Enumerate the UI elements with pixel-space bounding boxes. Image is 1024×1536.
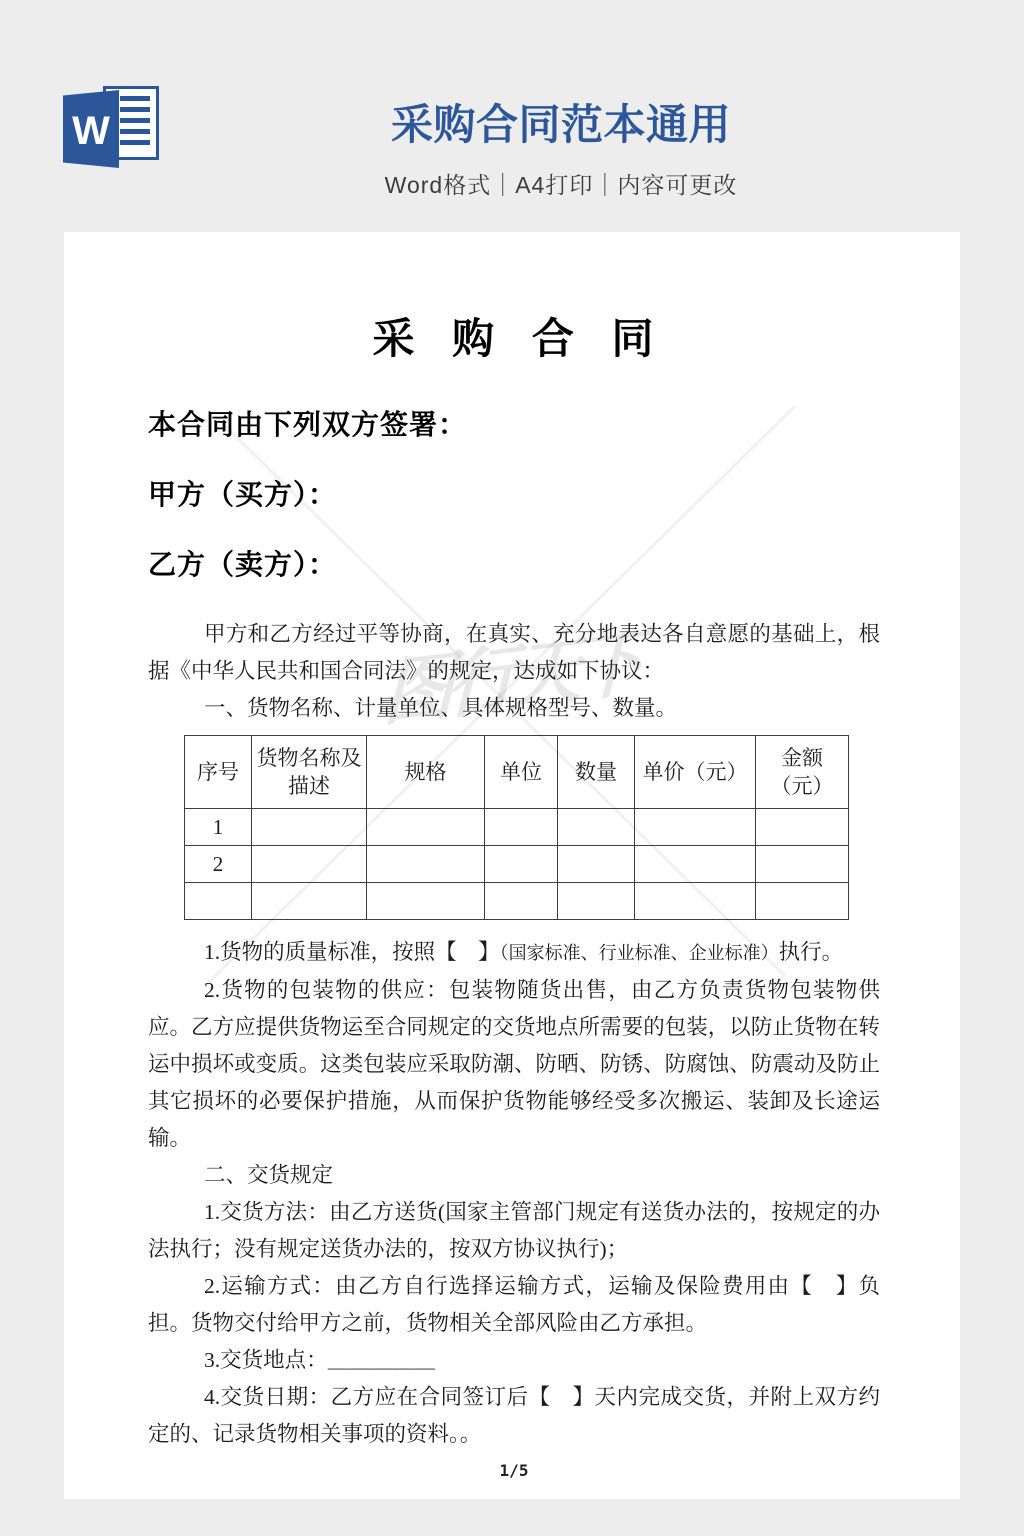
cell bbox=[185, 883, 252, 920]
cell bbox=[367, 883, 485, 920]
cell bbox=[635, 846, 756, 883]
col-amount: 金额（元） bbox=[756, 736, 849, 809]
cell bbox=[252, 846, 367, 883]
col-serial-number: 序号 bbox=[185, 736, 252, 809]
cell: 1 bbox=[185, 809, 252, 846]
quality-clause: 1.货物的质量标准，按照【 】（国家标准、行业标准、企业标准）执行。 bbox=[148, 934, 880, 972]
packaging-clause: 2.货物的包装物的供应：包装物随货出售，由乙方负责货物包装物供应。乙方应提供货物… bbox=[148, 972, 880, 1157]
section-2-heading: 二、交货规定 bbox=[148, 1157, 880, 1194]
parties-heading: 本合同由下列双方签署： bbox=[148, 406, 880, 444]
party-a-line: 甲方（买方）： bbox=[148, 476, 880, 514]
cell bbox=[558, 809, 635, 846]
cell bbox=[635, 883, 756, 920]
template-subtitle: Word格式｜A4打印｜内容可更改 bbox=[385, 167, 738, 200]
cell bbox=[367, 846, 485, 883]
document-page: 图行天下 采 购 合 同 本合同由下列双方签署： 甲方（买方）： 乙方（卖方）：… bbox=[64, 232, 960, 1499]
table-row: 1 bbox=[185, 809, 849, 846]
page-number: 1/5 bbox=[148, 1461, 880, 1480]
template-title: 采购合同范本通用 bbox=[385, 92, 738, 152]
cell bbox=[485, 846, 558, 883]
col-goods-name: 货物名称及描述 bbox=[252, 736, 367, 809]
delivery-location-clause: 3.交货地点：＿＿＿＿＿ bbox=[148, 1342, 880, 1379]
preamble-paragraph: 甲方和乙方经过平等协商，在真实、充分地表达各自意愿的基础上，根据《中华人民共和国… bbox=[148, 616, 880, 690]
cell bbox=[756, 883, 849, 920]
quality-clause-text: 1.货物的质量标准，按照【 】 bbox=[204, 940, 500, 964]
template-header: W 采购合同范本通用 Word格式｜A4打印｜内容可更改 bbox=[0, 0, 1024, 232]
goods-table-header-row: 序号 货物名称及描述 规格 单位 数量 单价（元） 金额（元） bbox=[185, 736, 849, 809]
cell bbox=[558, 846, 635, 883]
cell bbox=[367, 809, 485, 846]
cell bbox=[252, 809, 367, 846]
delivery-method-clause: 1.交货方法：由乙方送货(国家主管部门规定有送货办法的，按规定的办法执行；没有规… bbox=[148, 1194, 880, 1268]
table-row bbox=[185, 883, 849, 920]
header-titles: 采购合同范本通用 Word格式｜A4打印｜内容可更改 bbox=[385, 92, 738, 200]
word-icon-text-lines bbox=[120, 96, 150, 150]
cell bbox=[485, 883, 558, 920]
col-unit: 单位 bbox=[485, 736, 558, 809]
cell: 2 bbox=[185, 846, 252, 883]
cell bbox=[635, 809, 756, 846]
cell bbox=[558, 883, 635, 920]
goods-table: 序号 货物名称及描述 规格 单位 数量 单价（元） 金额（元） 1 2 bbox=[184, 735, 849, 920]
cell bbox=[485, 809, 558, 846]
col-unit-price: 单价（元） bbox=[635, 736, 756, 809]
word-file-icon: W bbox=[63, 86, 159, 168]
table-row: 2 bbox=[185, 846, 849, 883]
word-icon-cover: W bbox=[63, 90, 119, 168]
col-quantity: 数量 bbox=[558, 736, 635, 809]
delivery-location-label: 3.交货地点： bbox=[204, 1348, 328, 1372]
word-icon-letter: W bbox=[72, 109, 110, 154]
transport-clause: 2.运输方式：由乙方自行选择运输方式，运输及保险费用由【 】负担。货物交付给甲方… bbox=[148, 1268, 880, 1342]
cell bbox=[252, 883, 367, 920]
section-1-heading: 一、货物名称、计量单位、具体规格型号、数量。 bbox=[148, 690, 880, 727]
contract-title: 采 购 合 同 bbox=[148, 306, 880, 366]
party-b-line: 乙方（卖方）： bbox=[148, 546, 880, 584]
quality-clause-note: （国家标准、行业标准、企业标准） bbox=[500, 943, 779, 963]
delivery-location-blank: ＿＿＿＿＿ bbox=[328, 1348, 436, 1372]
cell bbox=[756, 809, 849, 846]
quality-clause-tail: 执行。 bbox=[779, 940, 844, 964]
cell bbox=[756, 846, 849, 883]
delivery-date-clause: 4.交货日期：乙方应在合同签订后【 】天内完成交货，并附上双方约定的、记录货物相… bbox=[148, 1379, 880, 1453]
col-spec: 规格 bbox=[367, 736, 485, 809]
